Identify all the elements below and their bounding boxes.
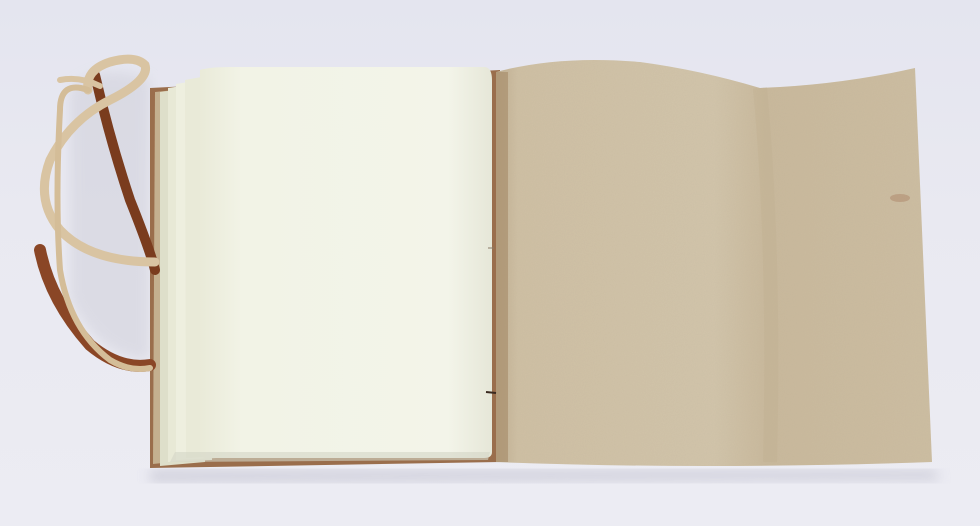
top-page <box>198 67 492 458</box>
leather-cover-right <box>496 60 932 466</box>
page-stack <box>160 67 496 466</box>
journal-photo <box>0 0 980 526</box>
journal-illustration <box>0 0 980 526</box>
